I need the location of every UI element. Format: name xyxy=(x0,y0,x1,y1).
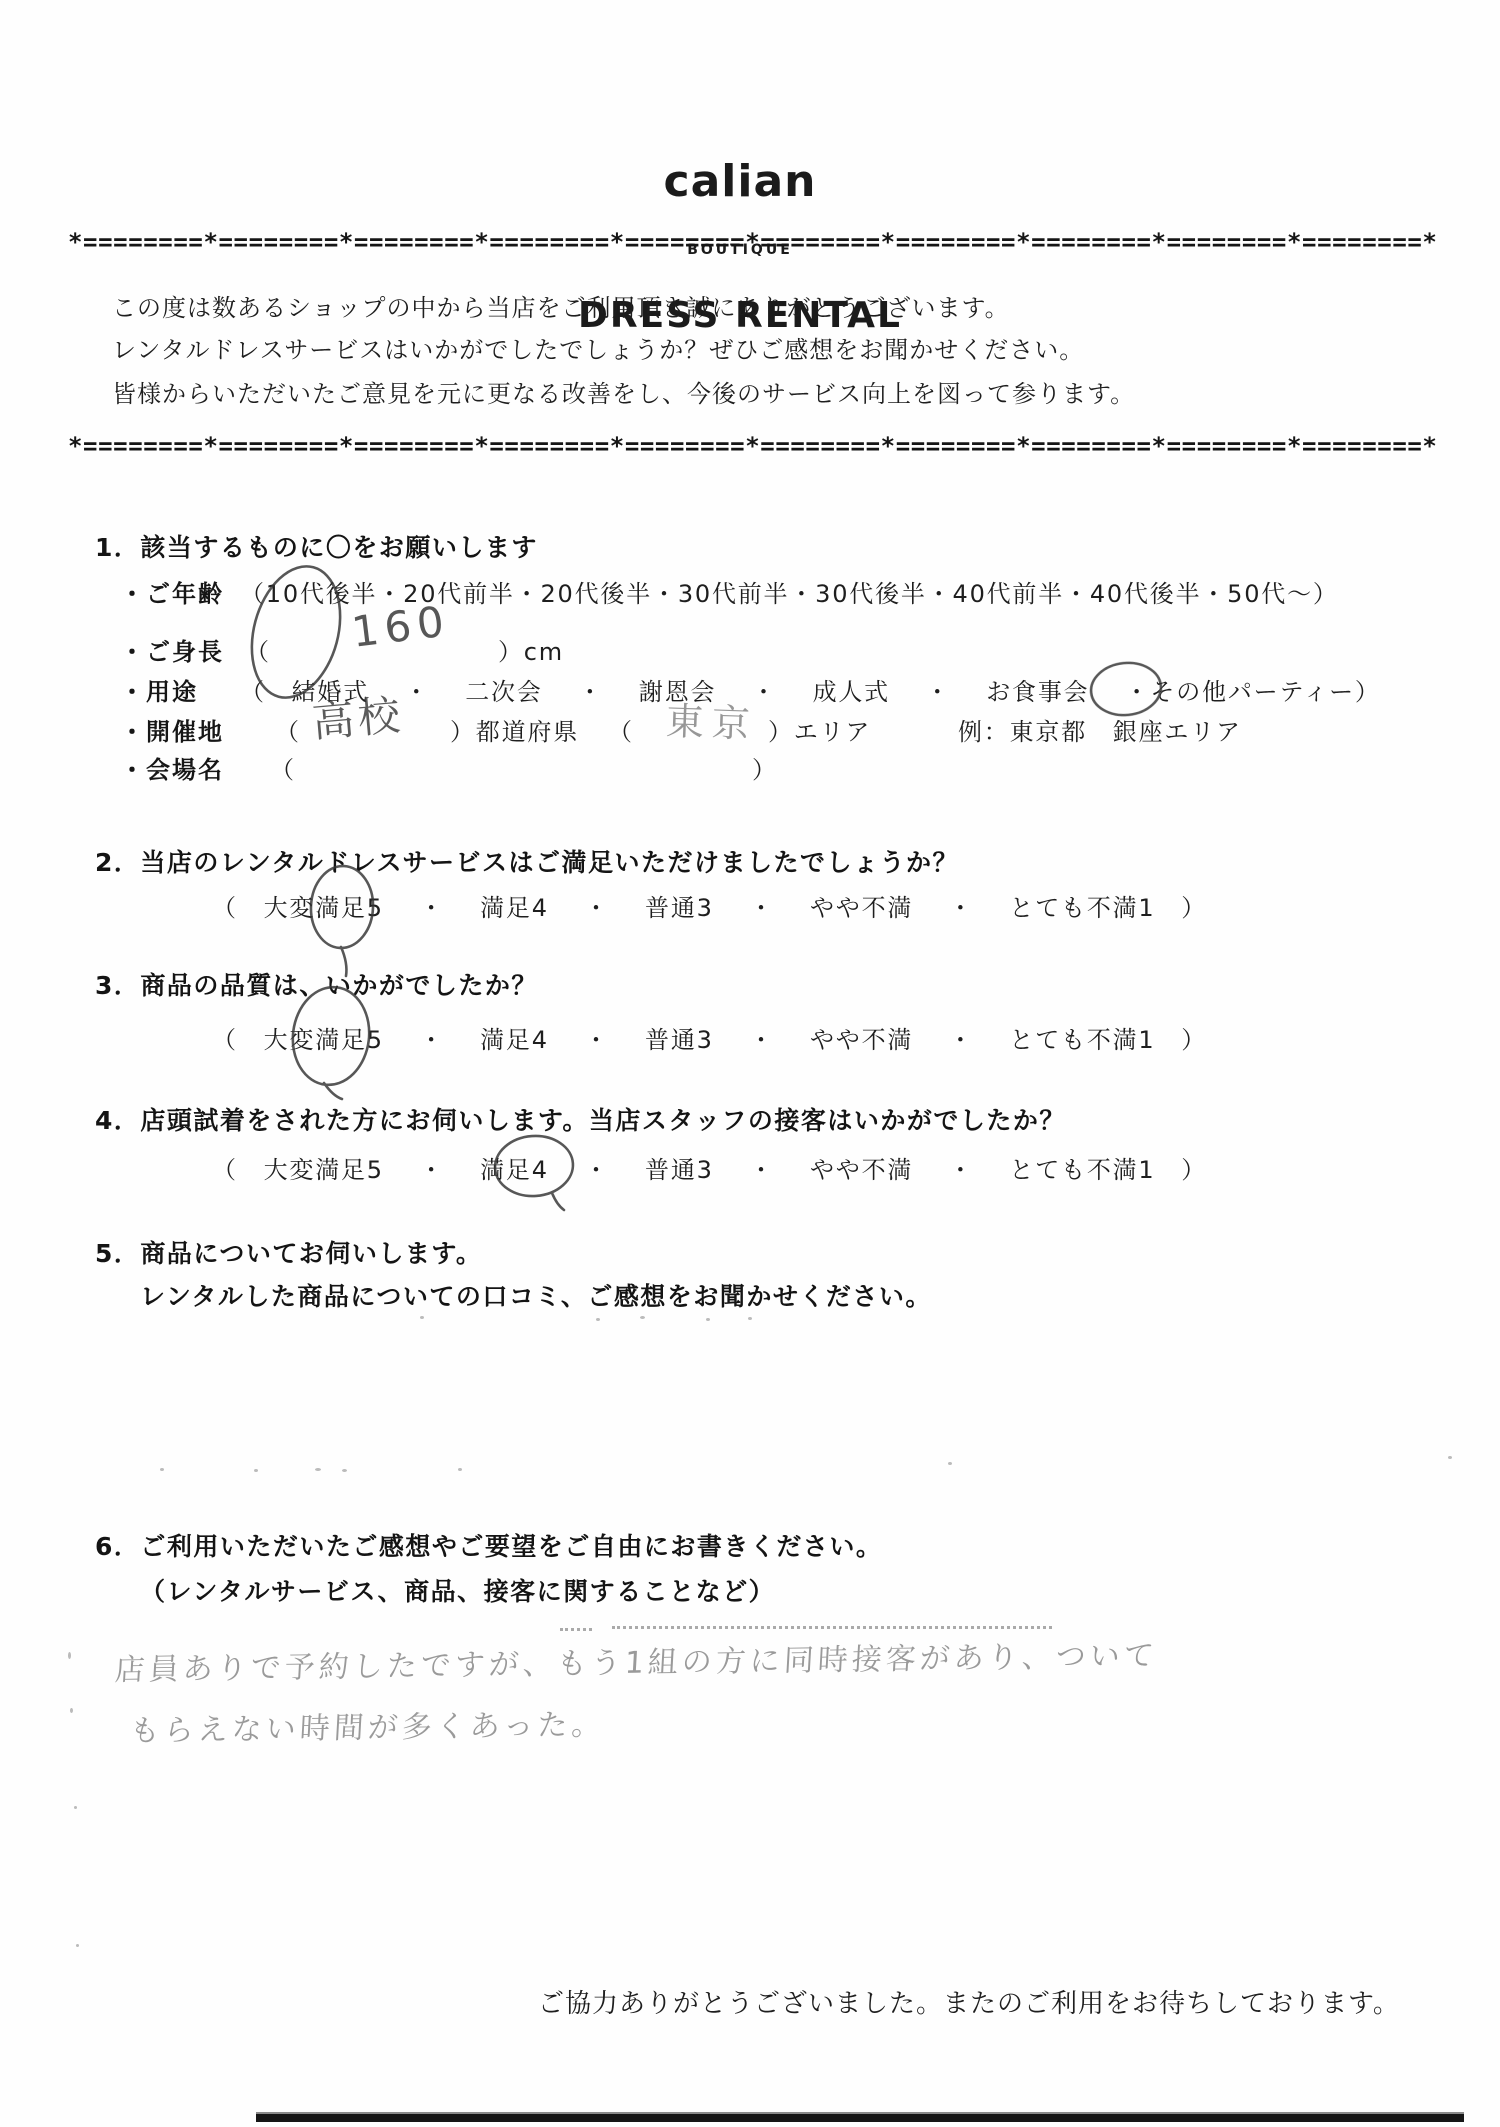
feedback-handwritten-line-1: 店員ありで予約したですが、もう1組の方に同時接客があり、ついて xyxy=(114,1630,1159,1689)
place-pref-close: ）都道府県 xyxy=(450,712,579,747)
scanned-survey-page: calian BOUTIQUE DRESS RENTAL *========*=… xyxy=(0,0,1500,2127)
height-open-paren: （ xyxy=(245,632,271,667)
area-open-paren: （ xyxy=(608,712,634,747)
scan-artifact xyxy=(458,1468,462,1471)
q2-options: （ 大変満足5 ・ 満足4 ・ 普通3 ・ やや不満 ・ とても不満1 ） xyxy=(212,888,1207,923)
scan-artifact xyxy=(76,1944,79,1947)
q1-heading: 1．該当するものに〇をお願いします xyxy=(95,528,538,564)
q1-purpose-options: （ 結婚式 ・ 二次会 ・ 謝恩会 ・ 成人式 ・ お食事会 ・その他パーティー… xyxy=(240,672,1381,707)
intro-line-2: レンタルドレスサービスはいかがでしたでしょうか？ぜひご感想をお聞かせください。 xyxy=(112,330,1084,365)
feedback-handwritten-line-2: もらえない時間が多くあった。 xyxy=(129,1699,607,1750)
scan-artifact xyxy=(640,1316,645,1319)
intro-line-3: 皆様からいただいたご意見を元に更なる改善をし、今後のサービス向上を図って参ります… xyxy=(112,374,1135,409)
scan-artifact xyxy=(948,1462,952,1465)
scan-artifact xyxy=(254,1469,258,1472)
bottom-scan-bar xyxy=(256,2112,1464,2122)
scan-artifact xyxy=(74,1806,77,1809)
scan-artifact xyxy=(1448,1456,1452,1459)
q4-options: （ 大変満足5 ・ 満足4 ・ 普通3 ・ やや不満 ・ とても不満1 ） xyxy=(212,1150,1207,1185)
q3-heading: 3．商品の品質は、いかがでしたか？ xyxy=(95,966,538,1002)
height-close-paren: ）cm xyxy=(498,632,564,667)
q4-heading: 4．店頭試着をされた方にお伺いします。当店スタッフの接客はいかがでしたか？ xyxy=(95,1101,1066,1137)
scan-artifact xyxy=(596,1318,600,1321)
venue-close-paren: ） xyxy=(752,750,778,785)
place-example: 例：東京都 銀座エリア xyxy=(958,712,1242,747)
q5-heading: 5．商品についてお伺いします。 xyxy=(95,1234,482,1270)
q5-subheading: レンタルした商品についての口コミ、ご感想をお聞かせください。 xyxy=(140,1277,932,1313)
q2-heading: 2．当店のレンタルドレスサービスはご満足いただけましたでしょうか？ xyxy=(95,843,959,879)
q1-purpose-label: ・用途 xyxy=(120,672,198,707)
q6-subheading: （レンタルサービス、商品、接客に関することなど） xyxy=(140,1572,775,1608)
q6-heading: 6．ご利用いただいたご感想やご要望をご自由にお書きください。 xyxy=(95,1527,882,1563)
q1-height-label: ・ご身長 xyxy=(120,632,224,667)
scan-artifact xyxy=(748,1317,752,1320)
height-value-handwritten: 160 xyxy=(349,596,452,657)
q1-venue-label: ・会場名 xyxy=(120,750,224,785)
place-pref-open-paren: （ xyxy=(275,712,301,747)
q3-circle-tail xyxy=(324,1083,342,1099)
intro-line-1: この度は数あるショップの中から当店をご利用頂き誠にありがとうございます。 xyxy=(112,288,1010,323)
venue-open-paren: （ xyxy=(270,750,296,785)
place-area-close: ）エリア xyxy=(768,712,871,747)
area-handwritten: 東京 xyxy=(665,690,759,748)
scan-artifact xyxy=(68,1652,71,1659)
scan-artifact xyxy=(160,1468,164,1471)
prefecture-handwritten: 高校 xyxy=(309,682,406,750)
scan-artifact xyxy=(315,1468,321,1471)
q4-circle-tail xyxy=(552,1193,564,1210)
divider-top: *========*========*========*========*===… xyxy=(68,228,1440,256)
scan-artifact xyxy=(70,1708,73,1713)
q1-age-label: ・ご年齢 xyxy=(120,574,224,609)
brand-logo: calian xyxy=(380,160,1100,204)
q1-place-label: ・開催地 xyxy=(120,712,224,747)
divider-bottom: *========*========*========*========*===… xyxy=(68,432,1440,460)
footer-message: ご協力ありがとうございました。またのご利用をお待ちしております。 xyxy=(538,1983,1400,2020)
scan-artifact xyxy=(560,1628,592,1631)
q3-options: （ 大変満足5 ・ 満足4 ・ 普通3 ・ やや不満 ・ とても不満1 ） xyxy=(212,1020,1207,1055)
scan-artifact xyxy=(706,1318,710,1321)
scan-artifact xyxy=(612,1626,1052,1629)
scan-artifact xyxy=(342,1469,347,1472)
scan-artifact xyxy=(420,1316,424,1319)
